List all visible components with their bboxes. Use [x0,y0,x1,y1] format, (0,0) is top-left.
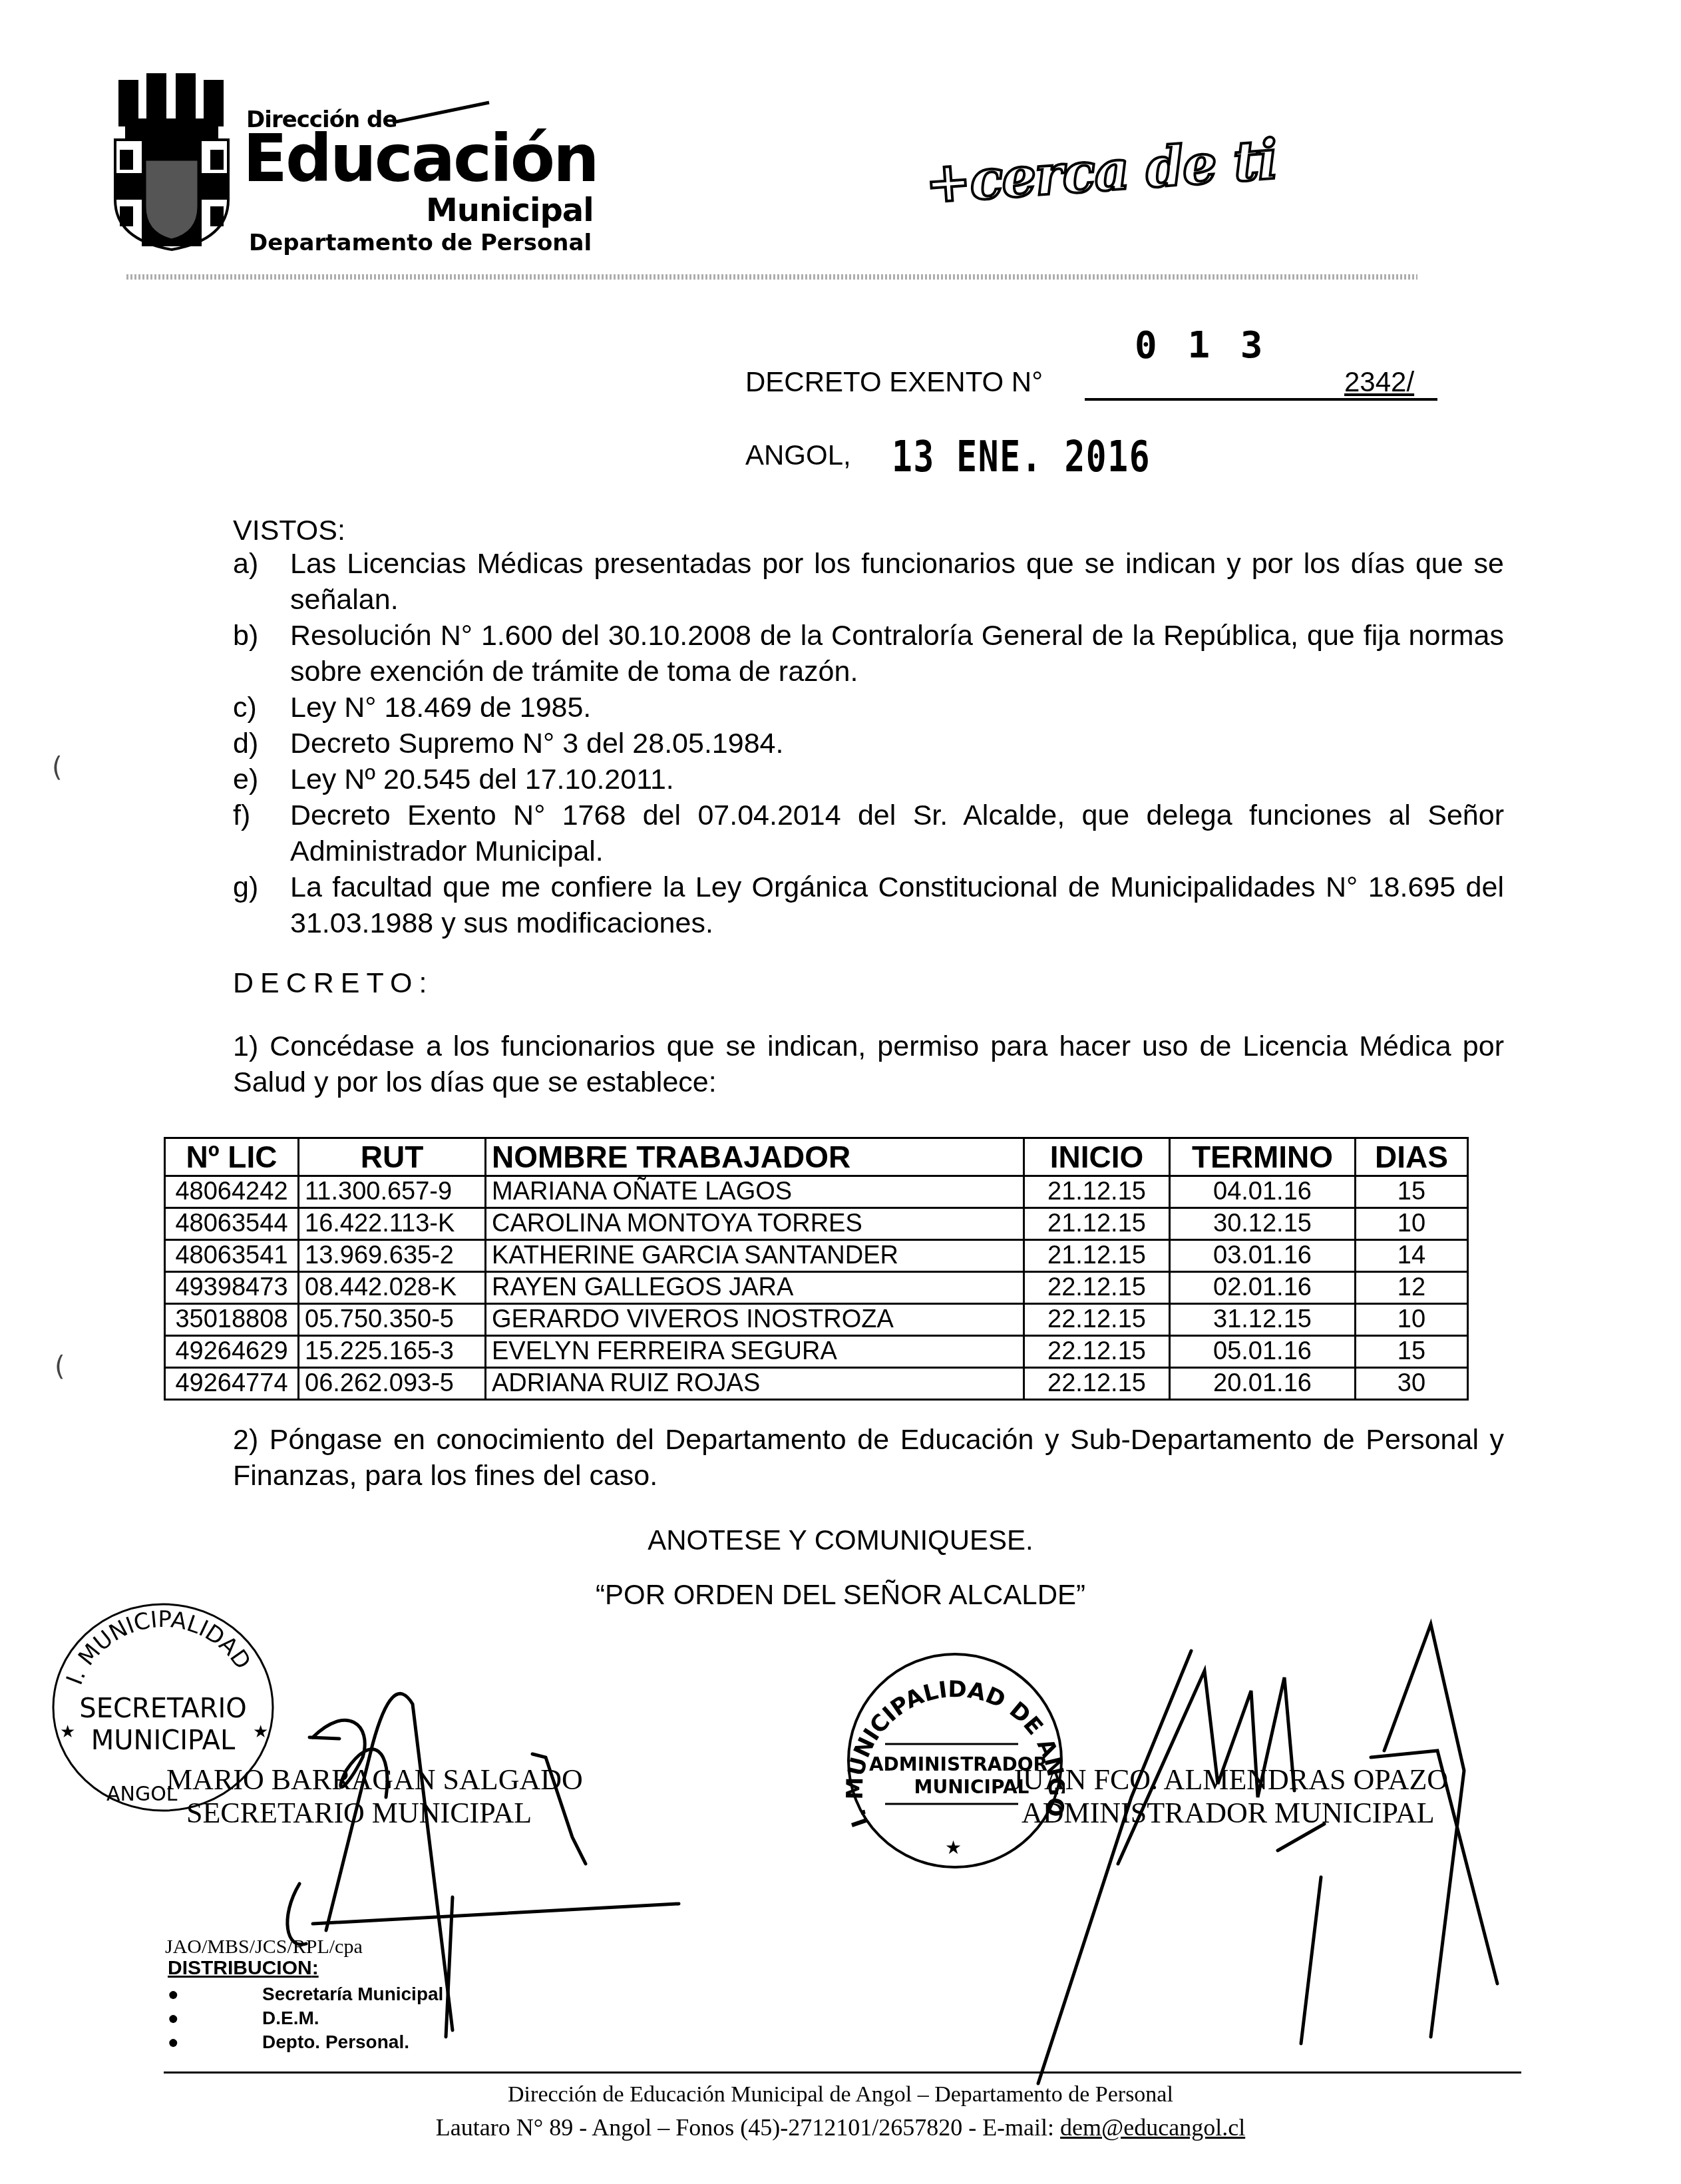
item-label: d) [233,726,290,762]
licenses-table: Nº LIC RUT NOMBRE TRABAJADOR INICIO TERM… [164,1137,1469,1401]
administrador-title: ADMINISTRADOR MUNICIPAL [1022,1796,1435,1830]
cell-dias: 15 [1356,1176,1468,1208]
cell-nombre: CAROLINA MONTOYA TORRES [486,1208,1024,1240]
decree-number-line [1085,398,1437,401]
cell-nlic: 48063544 [165,1208,299,1240]
distribution-item: Depto. Personal. [262,2032,409,2053]
distribution-list: ●Secretaría Municipal ●D.E.M. ●Depto. Pe… [168,1982,443,2054]
table-row: 4806354416.422.113-KCAROLINA MONTOYA TOR… [165,1208,1468,1240]
svg-text:I. MUNICIPALIDAD: I. MUNICIPALIDAD [61,1606,256,1688]
cell-nombre: EVELYN FERREIRA SEGURA [486,1336,1024,1368]
cell-rut: 16.422.113-K [299,1208,486,1240]
header-departamento: Departamento de Personal [249,230,592,256]
item-text: Las Licencias Médicas presentadas por lo… [290,546,1504,618]
cell-dias: 10 [1356,1304,1468,1336]
margin-mark: ( [52,752,63,783]
secretario-title: SECRETARIO MUNICIPAL [186,1796,532,1830]
cell-nombre: RAYEN GALLEGOS JARA [486,1272,1024,1304]
svg-text:★: ★ [253,1721,268,1741]
svg-text:MUNICIPAL: MUNICIPAL [91,1725,236,1756]
item-label: f) [233,797,290,869]
cell-nlic: 49264774 [165,1368,299,1400]
list-item: b)Resolución N° 1.600 del 30.10.2008 de … [233,618,1504,690]
col-header-termino: TERMINO [1170,1138,1356,1176]
item-label: c) [233,690,290,726]
cell-termino: 04.01.16 [1170,1176,1356,1208]
list-item: f)Decreto Exento N° 1768 del 07.04.2014 … [233,797,1504,869]
cell-inicio: 22.12.15 [1024,1336,1170,1368]
bullet-icon: ● [168,2008,262,2029]
item-text: Ley N° 18.469 de 1985. [290,690,1504,726]
table-row: 4806354113.969.635-2KATHERINE GARCIA SAN… [165,1240,1468,1272]
item-label: a) [233,546,290,618]
cell-nlic: 48063541 [165,1240,299,1272]
header-educacion: Educación [243,126,598,192]
cell-nombre: MARIANA OÑATE LAGOS [486,1176,1024,1208]
cell-rut: 13.969.635-2 [299,1240,486,1272]
vistos-title: VISTOS: [233,513,345,548]
item-text: Decreto Supremo N° 3 del 28.05.1984. [290,726,1504,762]
col-header-nombre: NOMBRE TRABAJADOR [486,1138,1024,1176]
cell-rut: 08.442.028-K [299,1272,486,1304]
item-label: e) [233,762,290,797]
cell-termino: 20.01.16 [1170,1368,1356,1400]
footer-line-2: Lautaro N° 89 - Angol – Fonos (45)-27121… [0,2113,1681,2141]
footer-line-1: Dirección de Educación Municipal de Ango… [0,2082,1681,2107]
item-text: Resolución N° 1.600 del 30.10.2008 de la… [290,618,1504,690]
distribution-item: Secretaría Municipal [262,1984,443,2005]
cell-nombre: GERARDO VIVEROS INOSTROZA [486,1304,1024,1336]
decree-stamp-number: 0 1 3 [1135,324,1267,367]
svg-text:SECRETARIO: SECRETARIO [79,1693,246,1724]
cell-nlic: 49264629 [165,1336,299,1368]
item-text: Ley Nº 20.545 del 17.10.2011. [290,762,1504,797]
list-item: ●Secretaría Municipal [168,1982,443,2006]
table-row: 4926462915.225.165-3EVELYN FERREIRA SEGU… [165,1336,1468,1368]
initials-reference: JAO/MBS/JCS/RPL/cpa [165,1936,363,1958]
distribution-title: DISTRIBUCION: [168,1957,319,1980]
table-row: 4806424211.300.657-9MARIANA OÑATE LAGOS2… [165,1176,1468,1208]
table-row: 4939847308.442.028-KRAYEN GALLEGOS JARA2… [165,1272,1468,1304]
list-item: e)Ley Nº 20.545 del 17.10.2011. [233,762,1504,797]
cell-nombre: KATHERINE GARCIA SANTANDER [486,1240,1024,1272]
secretario-name: MARIO BARRAGAN SALGADO [166,1763,583,1797]
cell-nlic: 49398473 [165,1272,299,1304]
decree-label: DECRETO EXENTO N° [745,366,1043,398]
col-header-rut: RUT [299,1138,486,1176]
item-text: La facultad que me confiere la Ley Orgán… [290,869,1504,941]
cell-dias: 14 [1356,1240,1468,1272]
cell-dias: 12 [1356,1272,1468,1304]
municipal-crest-icon [112,67,232,252]
table-row: 3501880805.750.350-5GERARDO VIVEROS INOS… [165,1304,1468,1336]
list-item: g)La facultad que me confiere la Ley Org… [233,869,1504,941]
svg-text:★: ★ [945,1837,962,1858]
vistos-list: a)Las Licencias Médicas presentadas por … [233,546,1504,941]
col-header-inicio: INICIO [1024,1138,1170,1176]
cell-dias: 15 [1356,1336,1468,1368]
list-item: d)Decreto Supremo N° 3 del 28.05.1984. [233,726,1504,762]
cell-inicio: 21.12.15 [1024,1240,1170,1272]
col-header-nlic: Nº LIC [165,1138,299,1176]
list-item: c)Ley N° 18.469 de 1985. [233,690,1504,726]
table-row: 4926477406.262.093-5ADRIANA RUIZ ROJAS22… [165,1368,1468,1400]
anotese-text: ANOTESE Y COMUNIQUESE. [0,1524,1681,1556]
cell-termino: 02.01.16 [1170,1272,1356,1304]
header-divider [126,274,1417,280]
decreto-title: DECRETO: [233,965,433,1001]
date-stamp: 13 ENE. 2016 [892,433,1151,482]
cell-rut: 11.300.657-9 [299,1176,486,1208]
cell-inicio: 22.12.15 [1024,1272,1170,1304]
decreto-point-2: 2) Póngase en conocimiento del Departame… [233,1422,1504,1494]
list-item: ●Depto. Personal. [168,2030,443,2054]
table-header-row: Nº LIC RUT NOMBRE TRABAJADOR INICIO TERM… [165,1138,1468,1176]
cell-dias: 10 [1356,1208,1468,1240]
cell-inicio: 21.12.15 [1024,1208,1170,1240]
distribution-item: D.E.M. [262,2008,319,2029]
cell-termino: 03.01.16 [1170,1240,1356,1272]
item-label: b) [233,618,290,690]
footer-address: Lautaro N° 89 - Angol – Fonos (45)-27121… [436,2114,1060,2141]
item-text: Decreto Exento N° 1768 del 07.04.2014 de… [290,797,1504,869]
cell-rut: 06.262.093-5 [299,1368,486,1400]
cell-rut: 15.225.165-3 [299,1336,486,1368]
bullet-icon: ● [168,1984,262,2005]
slogan-logo: +cerca de ti [923,128,1278,216]
cell-termino: 05.01.16 [1170,1336,1356,1368]
cell-rut: 05.750.350-5 [299,1304,486,1336]
cell-inicio: 22.12.15 [1024,1368,1170,1400]
item-label: g) [233,869,290,941]
cell-termino: 31.12.15 [1170,1304,1356,1336]
administrador-seal-icon: I. MUNICIPALIDAD DE ANGOL ADMINISTRADOR … [845,1651,1065,1870]
footer-email-link[interactable]: dem@educangol.cl [1060,2114,1245,2141]
header-municipal: Municipal [426,192,594,229]
list-item: ●D.E.M. [168,2006,443,2030]
cell-inicio: 21.12.15 [1024,1176,1170,1208]
cell-nlic: 35018808 [165,1304,299,1336]
cell-nlic: 48064242 [165,1176,299,1208]
svg-text:★: ★ [60,1721,75,1741]
cell-termino: 30.12.15 [1170,1208,1356,1240]
cell-dias: 30 [1356,1368,1468,1400]
cell-nombre: ADRIANA RUIZ ROJAS [486,1368,1024,1400]
decreto-point-1: 1) Concédase a los funcionarios que se i… [233,1028,1504,1100]
decree-number-suffix: 2342/ [1344,366,1414,398]
bullet-icon: ● [168,2032,262,2053]
list-item: a)Las Licencias Médicas presentadas por … [233,546,1504,618]
footer-divider [164,2072,1521,2074]
administrador-name: JUAN FCO. ALMENDRAS OPAZO [1012,1763,1448,1797]
cell-inicio: 22.12.15 [1024,1304,1170,1336]
margin-mark: ( [55,1351,65,1382]
place-label: ANGOL, [745,439,851,471]
col-header-dias: DIAS [1356,1138,1468,1176]
